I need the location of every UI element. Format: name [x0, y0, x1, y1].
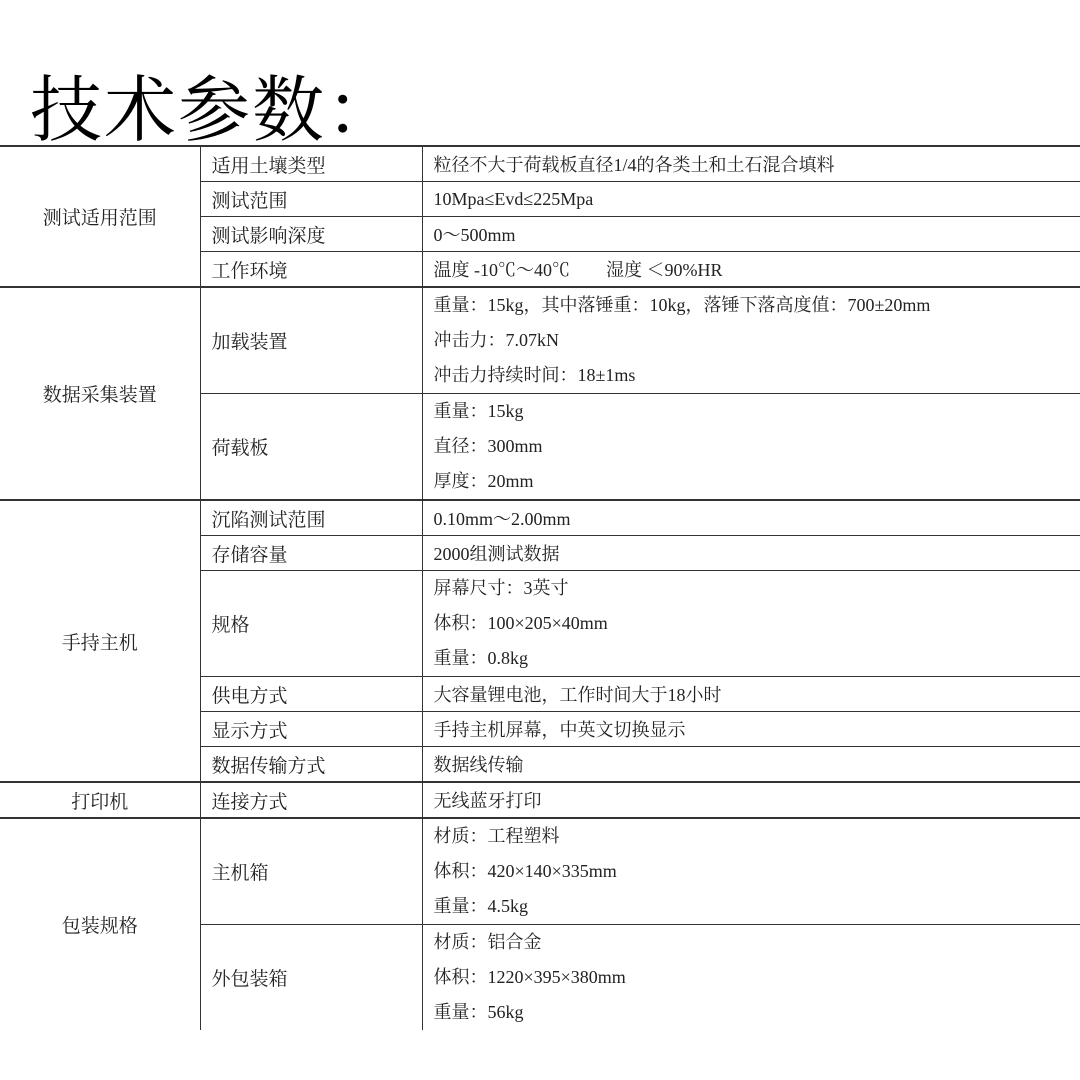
param-label: 规格 [200, 571, 422, 677]
table-row: 打印机 连接方式 无线蓝牙打印 [0, 782, 1080, 818]
value-line: 冲击力：7.07kN [434, 323, 1080, 358]
param-value-multiline: 屏幕尺寸：3英寸 体积：100×205×40mm 重量：0.8kg [422, 571, 1080, 677]
value-line: 体积：1220×395×380mm [434, 960, 1080, 995]
param-value: 无线蓝牙打印 [422, 782, 1080, 818]
value-line: 重量：56kg [434, 995, 1080, 1030]
table-row: 数据采集装置 加载装置 重量：15kg，其中落锤重：10kg，落锤下落高度值：7… [0, 287, 1080, 394]
param-label: 外包装箱 [200, 925, 422, 1031]
param-label: 工作环境 [200, 252, 422, 288]
param-value: 温度 -10℃～40℃ 湿度 ＜90%HR [422, 252, 1080, 288]
param-label: 加载装置 [200, 287, 422, 394]
param-label: 显示方式 [200, 712, 422, 747]
param-label: 连接方式 [200, 782, 422, 818]
value-line: 体积：100×205×40mm [434, 606, 1080, 641]
param-value: 数据线传输 [422, 747, 1080, 783]
value-line: 重量：15kg [434, 394, 1080, 429]
param-label: 数据传输方式 [200, 747, 422, 783]
value-line: 材质：铝合金 [434, 925, 1080, 960]
param-label: 测试范围 [200, 182, 422, 217]
value-line: 体积：420×140×335mm [434, 854, 1080, 889]
group-label: 测试适用范围 [0, 146, 200, 287]
param-value: 2000组测试数据 [422, 536, 1080, 571]
param-value: 粒径不大于荷载板直径1/4的各类土和土石混合填料 [422, 146, 1080, 182]
param-value: 手持主机屏幕，中英文切换显示 [422, 712, 1080, 747]
table-row: 包装规格 主机箱 材质：工程塑料 体积：420×140×335mm 重量：4.5… [0, 818, 1080, 925]
param-value-multiline: 材质：工程塑料 体积：420×140×335mm 重量：4.5kg [422, 818, 1080, 925]
param-value-multiline: 材质：铝合金 体积：1220×395×380mm 重量：56kg [422, 925, 1080, 1031]
param-label: 沉陷测试范围 [200, 500, 422, 536]
param-value-multiline: 重量：15kg 直径：300mm 厚度：20mm [422, 394, 1080, 501]
param-value: 10Mpa≤Evd≤225Mpa [422, 182, 1080, 217]
table-row: 手持主机 沉陷测试范围 0.10mm～2.00mm [0, 500, 1080, 536]
spec-table: 测试适用范围 适用土壤类型 粒径不大于荷载板直径1/4的各类土和土石混合填料 测… [0, 145, 1080, 1030]
group-label: 手持主机 [0, 500, 200, 782]
param-label: 供电方式 [200, 677, 422, 712]
value-line: 重量：0.8kg [434, 641, 1080, 676]
value-line: 屏幕尺寸：3英寸 [434, 571, 1080, 606]
param-value: 0～500mm [422, 217, 1080, 252]
value-line: 材质：工程塑料 [434, 819, 1080, 854]
page-title: 技术参数： [30, 62, 400, 158]
value-line: 重量：15kg，其中落锤重：10kg，落锤下落高度值：700±20mm [434, 288, 1080, 323]
value-line: 直径：300mm [434, 429, 1080, 464]
param-label: 荷载板 [200, 394, 422, 501]
group-label: 包装规格 [0, 818, 200, 1030]
param-label: 主机箱 [200, 818, 422, 925]
param-label: 存储容量 [200, 536, 422, 571]
value-line: 厚度：20mm [434, 464, 1080, 499]
param-label: 适用土壤类型 [200, 146, 422, 182]
param-value-multiline: 重量：15kg，其中落锤重：10kg，落锤下落高度值：700±20mm 冲击力：… [422, 287, 1080, 394]
table-row: 测试适用范围 适用土壤类型 粒径不大于荷载板直径1/4的各类土和土石混合填料 [0, 146, 1080, 182]
value-line: 冲击力持续时间：18±1ms [434, 358, 1080, 393]
param-value: 0.10mm～2.00mm [422, 500, 1080, 536]
value-line: 重量：4.5kg [434, 889, 1080, 924]
group-label: 数据采集装置 [0, 287, 200, 500]
group-label: 打印机 [0, 782, 200, 818]
param-label: 测试影响深度 [200, 217, 422, 252]
param-value: 大容量锂电池，工作时间大于18小时 [422, 677, 1080, 712]
